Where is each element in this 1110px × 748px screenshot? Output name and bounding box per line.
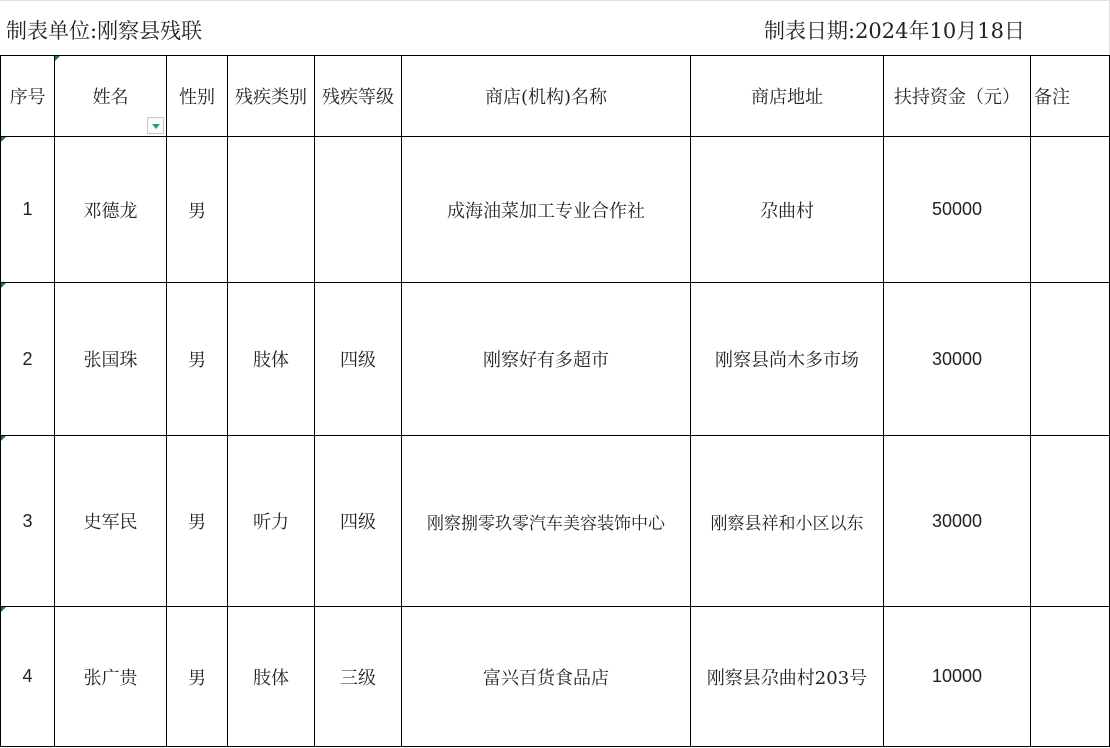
table-row: 2 张国珠 男 肢体 四级 刚察好有多超市 刚察县尚木多市场 30000 (1, 283, 1110, 436)
cell-name[interactable]: 张国珠 (55, 283, 167, 436)
cell-marker (1, 436, 6, 441)
support-fund-table: 序号 姓名 性别 残疾类别 残疾等级 商店(机构)名称 商店地址 扶持资金（元）… (0, 55, 1110, 747)
cell-marker (1, 137, 6, 142)
cell-shop[interactable]: 富兴百货食品店 (402, 607, 691, 747)
cell-note[interactable] (1031, 283, 1110, 436)
cell-category[interactable]: 肢体 (228, 607, 315, 747)
filter-dropdown-icon[interactable] (147, 117, 164, 134)
cell-fund[interactable]: 10000 (884, 607, 1031, 747)
cell-gender[interactable]: 男 (167, 137, 228, 283)
table-row: 1 邓德龙 男 成海油菜加工专业合作社 尕曲村 50000 (1, 137, 1110, 283)
col-header-level[interactable]: 残疾等级 (315, 56, 402, 137)
cell-fund[interactable]: 50000 (884, 137, 1031, 283)
cell-note[interactable] (1031, 137, 1110, 283)
cell-shop[interactable]: 刚察好有多超市 (402, 283, 691, 436)
cell-comment-marker (55, 56, 60, 61)
cell-level[interactable] (315, 137, 402, 283)
prepared-date: 制表日期:2024年10月18日 (764, 15, 1025, 45)
cell-no[interactable]: 1 (1, 137, 55, 283)
cell-level[interactable]: 三级 (315, 607, 402, 747)
col-header-category[interactable]: 残疾类别 (228, 56, 315, 137)
cell-address[interactable]: 尕曲村 (691, 137, 884, 283)
cell-category[interactable]: 听力 (228, 436, 315, 607)
cell-shop[interactable]: 成海油菜加工专业合作社 (402, 137, 691, 283)
col-header-note[interactable]: 备注 (1031, 56, 1110, 137)
cell-address[interactable]: 刚察县祥和小区以东 (691, 436, 884, 607)
cell-category[interactable]: 肢体 (228, 283, 315, 436)
table-row: 4 张广贵 男 肢体 三级 富兴百货食品店 刚察县尕曲村203号 10000 (1, 607, 1110, 747)
cell-gender[interactable]: 男 (167, 283, 228, 436)
cell-no[interactable]: 2 (1, 283, 55, 436)
cell-shop[interactable]: 刚察捌零玖零汽车美容装饰中心 (402, 436, 691, 607)
cell-no[interactable]: 3 (1, 436, 55, 607)
col-header-name[interactable]: 姓名 (55, 56, 167, 137)
cell-address[interactable]: 刚察县尕曲村203号 (691, 607, 884, 747)
header-row: 序号 姓名 性别 残疾类别 残疾等级 商店(机构)名称 商店地址 扶持资金（元）… (1, 56, 1110, 137)
cell-note[interactable] (1031, 436, 1110, 607)
cell-name[interactable]: 邓德龙 (55, 137, 167, 283)
cell-no[interactable]: 4 (1, 607, 55, 747)
col-header-no[interactable]: 序号 (1, 56, 55, 137)
cell-marker (1, 607, 6, 612)
cell-gender[interactable]: 男 (167, 436, 228, 607)
cell-fund[interactable]: 30000 (884, 283, 1031, 436)
cell-address[interactable]: 刚察县尚木多市场 (691, 283, 884, 436)
cell-level[interactable]: 四级 (315, 283, 402, 436)
col-header-fund[interactable]: 扶持资金（元） (884, 56, 1031, 137)
report-header: 制表单位:刚察县残联 制表日期:2024年10月18日 (0, 0, 1110, 55)
col-header-shop[interactable]: 商店(机构)名称 (402, 56, 691, 137)
col-header-gender[interactable]: 性别 (167, 56, 228, 137)
cell-note[interactable] (1031, 607, 1110, 747)
cell-category[interactable] (228, 137, 315, 283)
prepared-by-unit: 制表单位:刚察县残联 (6, 15, 202, 45)
cell-name[interactable]: 张广贵 (55, 607, 167, 747)
cell-level[interactable]: 四级 (315, 436, 402, 607)
cell-marker (1, 283, 6, 288)
table-row: 3 史军民 男 听力 四级 刚察捌零玖零汽车美容装饰中心 刚察县祥和小区以东 3… (1, 436, 1110, 607)
cell-name[interactable]: 史军民 (55, 436, 167, 607)
cell-gender[interactable]: 男 (167, 607, 228, 747)
cell-fund[interactable]: 30000 (884, 436, 1031, 607)
col-header-address[interactable]: 商店地址 (691, 56, 884, 137)
